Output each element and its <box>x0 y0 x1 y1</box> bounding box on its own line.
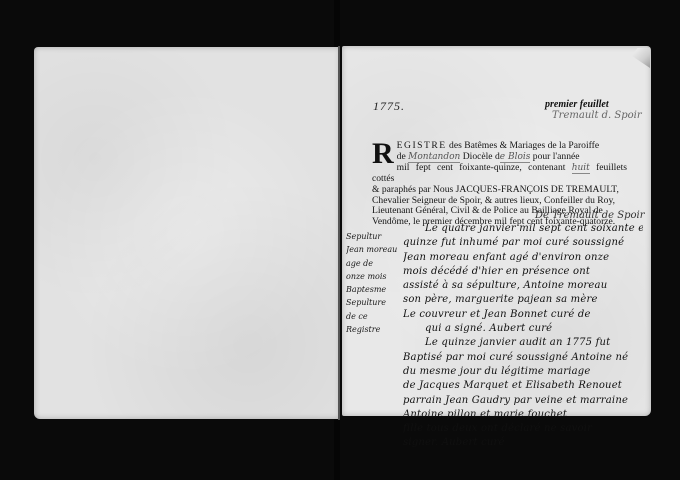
margin-note: onze mois <box>346 270 402 283</box>
entry-line: parrain Jean Gaudry par veine et marrain… <box>403 394 643 408</box>
folio-annotation: Tremault d. Spoir <box>552 110 642 121</box>
gutter-line <box>338 46 340 420</box>
folio-label: premier feuillet <box>545 99 609 110</box>
dropcap-letter: R <box>372 142 394 166</box>
left-page-blank <box>34 47 340 419</box>
header-line-5: Chevalier Seigneur de Spoir, & autres li… <box>372 195 615 206</box>
margin-note: Sepultur <box>346 230 402 243</box>
margin-note: Sepulture <box>346 296 402 309</box>
handwritten-entries: Le quatre janvier mil sept cent soixante… <box>403 222 643 451</box>
entry-line: Antoine pillon et marie fouchet <box>403 408 643 422</box>
entry-line: Le couvreur et Jean Bonnet curé de <box>403 308 643 322</box>
entry-line: Le quatre janvier mil sept cent soixante… <box>403 222 643 236</box>
entry-line: fille tous deux ont déclaré ne savoir <box>403 422 643 436</box>
entry-line: mois décédé d'hier en présence ont <box>403 265 643 279</box>
entry-line: quinze fut inhumé par moi curé soussigné <box>403 236 643 250</box>
entry-line: Baptisé par moi curé soussigné Antoine n… <box>403 351 643 365</box>
header-title-word: EGISTRE <box>397 140 447 151</box>
entry-line: son père, marguerite pajean sa mère <box>403 293 643 307</box>
header-line-1: des Batêmes & Mariages de la Paroiffe <box>447 140 599 151</box>
entry-line: de Jacques Marquet et Elisabeth Renouet <box>403 379 643 393</box>
margin-note: Jean moreau <box>346 243 402 256</box>
header-line-3-prefix: mil fept cent foixante-quinze, contenant <box>397 162 572 173</box>
header-line-2-mid: Diocèle d <box>460 151 499 162</box>
margin-note: de ce <box>346 310 402 323</box>
margin-note: Baptesme <box>346 283 402 296</box>
entry-line: Le quinze janvier audit an 1775 fut <box>403 336 643 350</box>
margin-note: age de <box>346 257 402 270</box>
margin-notes: Sepultur Jean moreau age de onze mois Ba… <box>346 230 402 336</box>
year-heading: 1775. <box>373 99 405 114</box>
entry-line: Jean moreau enfant agé d'environ onze <box>403 251 643 265</box>
entry-line: assisté à sa sépulture, Antoine moreau <box>403 279 643 293</box>
entry-line: qui a signé. Aubert curé <box>403 322 643 336</box>
entry-line: du mesme jour du légitime mariage <box>403 365 643 379</box>
magistrate-signature: De Tremault de Spoir <box>535 210 645 221</box>
header-line-2-prefix: de <box>397 151 408 162</box>
header-line-2-suffix: pour l'année <box>530 151 579 162</box>
leaf-count-handwritten: huit <box>572 163 590 174</box>
entry-line: signer. Aubert curé <box>403 436 643 450</box>
header-line-4: & paraphés par Nous JACQUES-FRANÇOIS DE … <box>372 184 619 195</box>
margin-note: Registre <box>346 323 402 336</box>
